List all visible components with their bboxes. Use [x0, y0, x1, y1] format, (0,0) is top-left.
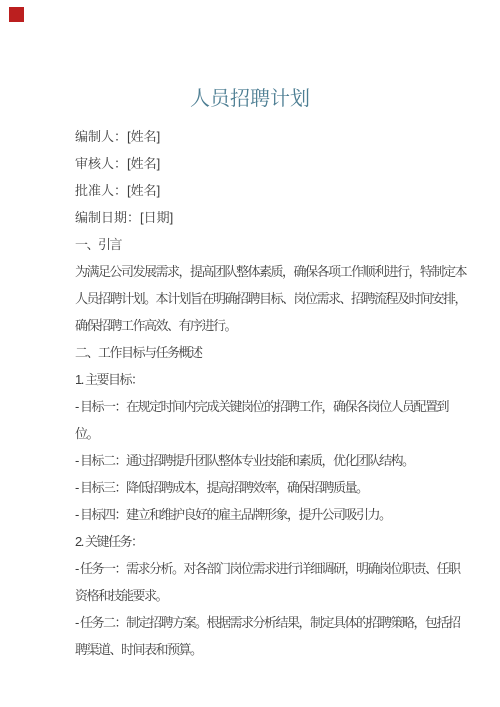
meta-line-author: 编制人：[姓名] — [75, 123, 465, 150]
list-heading: 2. 关键任务： — [75, 528, 465, 555]
list-heading: 1. 主要目标： — [75, 366, 465, 393]
meta-line-approver: 批准人：[姓名] — [75, 177, 465, 204]
bullet-line-continuation: 资格和技能要求。 — [75, 582, 465, 609]
meta-line-date: 编制日期：[日期] — [75, 204, 465, 231]
bullet-line-continuation: 位。 — [75, 420, 465, 447]
document-title: 人员招聘计划 — [0, 82, 500, 111]
bullet-line-continuation: 聘渠道、时间表和预算。 — [75, 636, 465, 663]
red-corner-marker — [9, 7, 24, 22]
bullet-line: - 目标四：建立和维护良好的雇主品牌形象，提升公司吸引力。 — [75, 501, 465, 528]
paragraph-line: 为满足公司发展需求，提高团队整体素质，确保各项工作顺利进行，特制定本 — [75, 258, 465, 285]
document-page: 人员招聘计划 编制人：[姓名] 审核人：[姓名] 批准人：[姓名] 编制日期：[… — [0, 0, 500, 707]
section-heading-1: 一、引言 — [75, 231, 465, 258]
bullet-line: - 目标三：降低招聘成本，提高招聘效率，确保招聘质量。 — [75, 474, 465, 501]
paragraph-line: 人员招聘计划。本计划旨在明确招聘目标、岗位需求、招聘流程及时间安排， — [75, 285, 465, 312]
paragraph-line: 确保招聘工作高效、有序进行。 — [75, 312, 465, 339]
bullet-line: - 目标一：在规定时间内完成关键岗位的招聘工作，确保各岗位人员配置到 — [75, 393, 465, 420]
bullet-line: - 任务一：需求分析。对各部门岗位需求进行详细调研，明确岗位职责、任职 — [75, 555, 465, 582]
section-heading-2: 二、工作目标与任务概述 — [75, 339, 465, 366]
bullet-line: - 目标二：通过招聘提升团队整体专业技能和素质，优化团队结构。 — [75, 447, 465, 474]
document-body: 编制人：[姓名] 审核人：[姓名] 批准人：[姓名] 编制日期：[日期] 一、引… — [75, 123, 465, 663]
bullet-line: - 任务二：制定招聘方案。根据需求分析结果，制定具体的招聘策略，包括招 — [75, 609, 465, 636]
meta-line-reviewer: 审核人：[姓名] — [75, 150, 465, 177]
